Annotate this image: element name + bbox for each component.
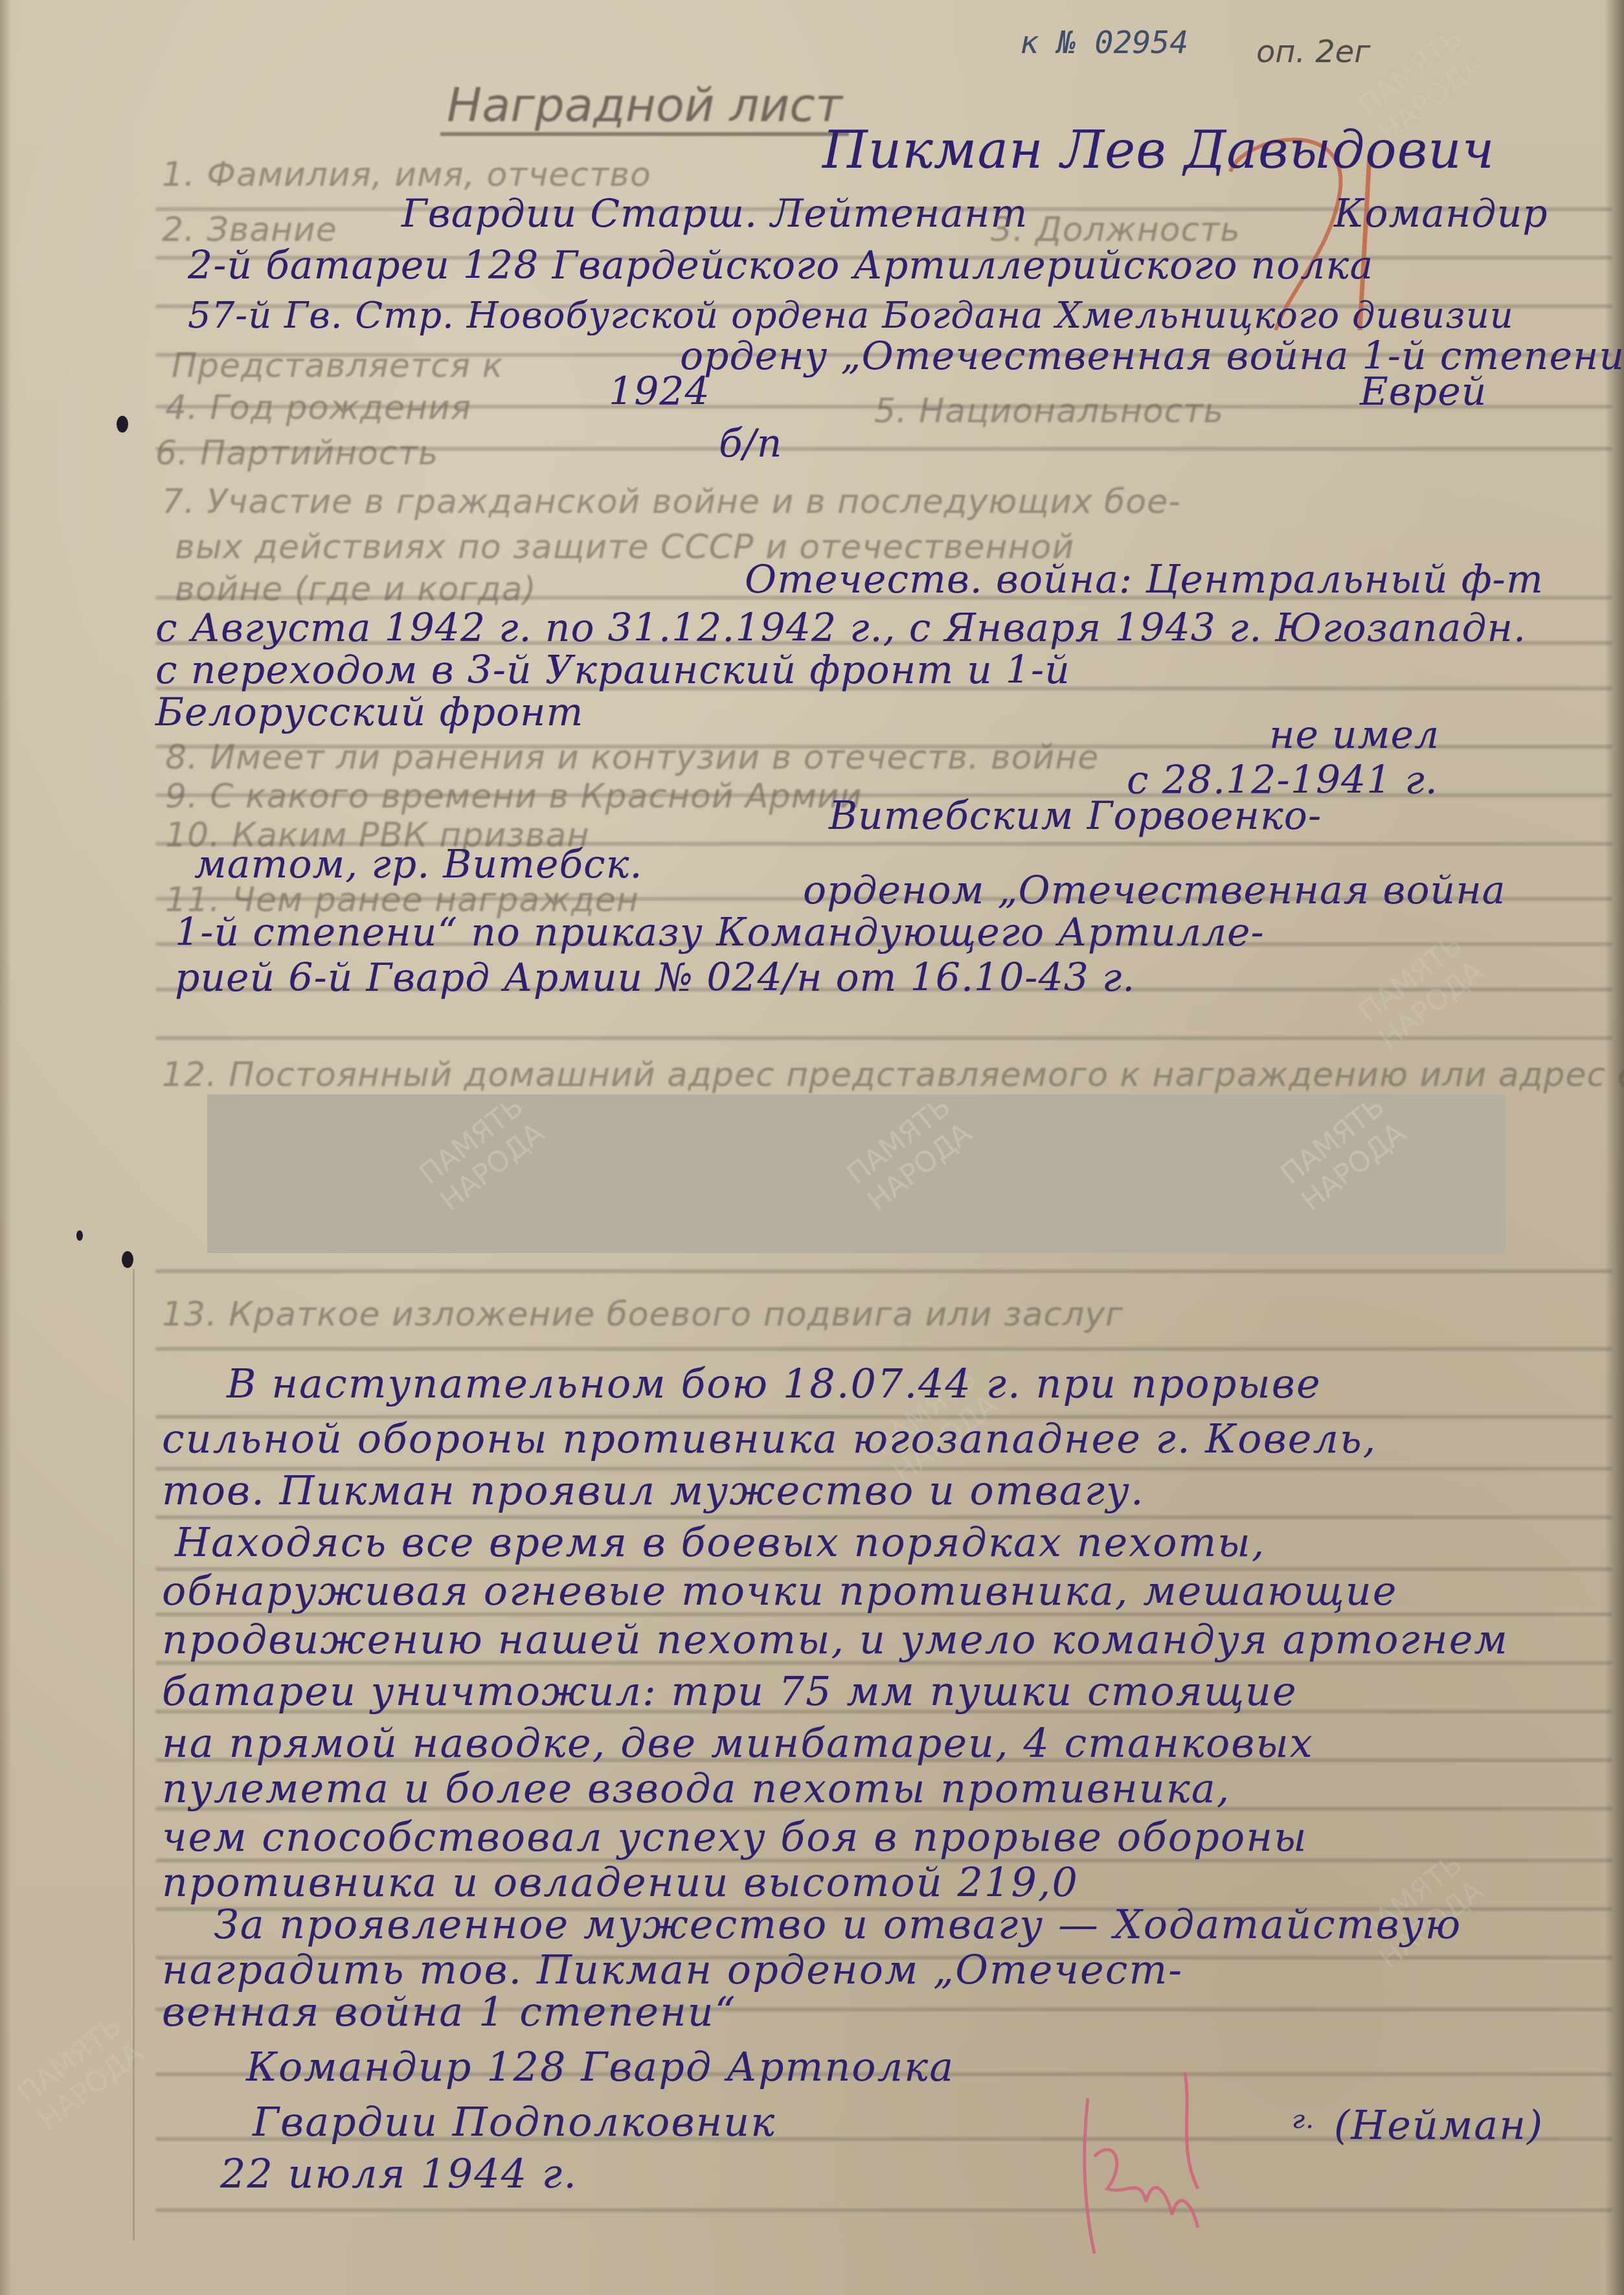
watermark: ПАМЯТЬНАРОДА	[1274, 1094, 1412, 1218]
signer-name: (Нейман)	[1334, 2101, 1544, 2149]
field-9-label: 9. С какого времени в Красной Армии	[165, 777, 862, 816]
narrative-line: продвижению нашей пехоты, и умело команд…	[162, 1616, 1509, 1663]
narrative-line: наградить тов. Пикман орденом „Отечест-	[162, 1946, 1183, 1993]
field-7-value: с Августа 1942 г. по 31.12.1942 г., с Ян…	[155, 605, 1526, 651]
narrative-line: В наступательном бою 18.07.44 г. при про…	[227, 1360, 1322, 1407]
signer-position: Командир 128 Гвард Артполка	[246, 2043, 954, 2090]
field-3-continued: 57-й Гв. Стр. Новобугской ордена Богдана…	[188, 295, 1514, 337]
red-signature-icon	[1068, 2059, 1224, 2273]
narrative-line: пулемета и более взвода пехоты противник…	[162, 1765, 1230, 1812]
field-7-value: с переходом в 3-й Украинский фронт и 1-й	[155, 648, 1070, 693]
punch-mark	[76, 1230, 83, 1241]
field-6-label: 6. Партийность	[155, 434, 438, 473]
archive-number: к № 02954	[1020, 25, 1188, 61]
field-7-value: Белорусский фронт	[155, 690, 583, 735]
archive-reference: оп. 2ег	[1256, 34, 1371, 70]
field-8-label: 8. Имеет ли ранения и контузии в отечест…	[165, 738, 1099, 777]
narrative-line: чем способствовал успеху боя в прорыве о…	[162, 1813, 1308, 1860]
narrative-line: тов. Пикман проявил мужество и отвагу.	[162, 1467, 1145, 1514]
field-3-value: Командир	[1334, 191, 1548, 236]
field-13-label: 13. Краткое изложение боевого подвига ил…	[162, 1295, 1123, 1334]
field-7-value: Отечеств. война: Центральный ф-т	[745, 557, 1544, 602]
field-11-value: рией 6-й Гвард Армии № 024/н от 16.10-43…	[175, 955, 1135, 1001]
field-1-label: 1. Фамилия, имя, отчество	[162, 155, 651, 194]
field-8-value: не имел	[1269, 712, 1439, 758]
narrative-line: батареи уничтожил: три 75 мм пушки стоящ…	[162, 1668, 1298, 1715]
signer-rank: Гвардии Подполковник	[253, 2098, 776, 2145]
narrative-line: Находясь все время в боевых порядках пех…	[175, 1519, 1265, 1566]
document-title: Наградной лист	[440, 78, 849, 136]
field-4-value: 1924	[609, 369, 710, 414]
narrative-line: сильной обороны противника югозападнее г…	[162, 1415, 1377, 1462]
watermark: ПАМЯТЬНАРОДА	[840, 1094, 978, 1218]
signature-date: 22 июля 1944 г.	[220, 2150, 578, 2197]
page-edge-left	[0, 0, 12, 2295]
field-11-value: орденом „Отечественная война	[803, 868, 1506, 913]
redacted-address-block: ПАМЯТЬНАРОДА ПАМЯТЬНАРОДА ПАМЯТЬНАРОДА	[207, 1094, 1506, 1253]
field-4-label: 4. Год рождения	[165, 389, 471, 427]
punch-hole-bottom	[122, 1251, 133, 1268]
watermark: ПАМЯТЬНАРОДА	[413, 1094, 551, 1218]
field-10-value: Витебским Горвоенко-	[829, 793, 1322, 839]
field-7-label: 7. Участие в гражданской войне и в после…	[162, 482, 1181, 521]
field-7-label: войне (где и когда)	[175, 570, 537, 609]
narrative-line: противника и овладении высотой 219,0	[162, 1859, 1079, 1906]
signature-mark: г.	[1292, 2105, 1314, 2134]
field-5-label: 5. Национальность	[874, 392, 1224, 431]
field-12-label: 12. Постоянный домашний адрес представля…	[162, 1056, 1624, 1094]
presented-label: Представляется к	[172, 346, 503, 385]
field-6-value: б/п	[719, 421, 782, 466]
field-3-continued: 2-й батареи 128 Гвардейского Артиллерийс…	[188, 243, 1373, 288]
narrative-line: обнаруживая огневые точки противника, ме…	[162, 1567, 1397, 1614]
punch-hole-top	[117, 416, 128, 433]
field-5-value: Еврей	[1360, 369, 1487, 414]
field-2-value: Гвардии Старш. Лейтенант	[401, 191, 1028, 236]
narrative-line: венная война 1 степени“	[162, 1988, 736, 2035]
field-11-value: 1-й степени“ по приказу Командующего Арт…	[175, 910, 1265, 955]
narrative-line: За проявленное мужество и отвагу — Ходат…	[214, 1901, 1461, 1948]
narrative-line: на прямой наводке, две минбатареи, 4 ста…	[162, 1719, 1314, 1767]
